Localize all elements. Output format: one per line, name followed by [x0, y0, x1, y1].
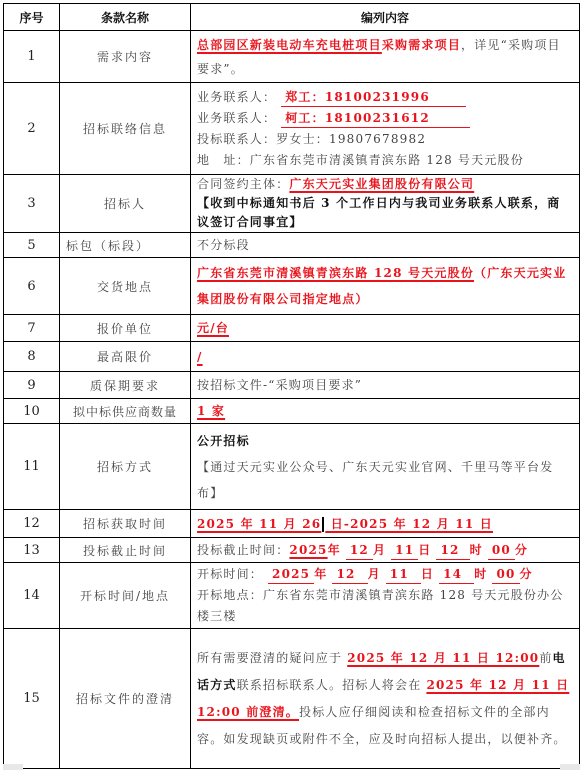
table-row: 7 报价单位 元/台 [4, 315, 580, 342]
table-row: 2 招标联络信息 业务联系人： 郑工：18100231996 业务联系人： 柯工… [4, 83, 580, 175]
row-content: 2025 年 11 月 26 日-2025 年 12 月 11 日 [191, 510, 580, 538]
table-row: 13 投标截止时间 投标截止时间：2025年 12月 11日 12时 00分 [4, 538, 580, 563]
row-no: 11 [4, 424, 60, 510]
clarify-text-1: 所有需要澄清的疑问应于 [197, 651, 347, 665]
opening-month-unit: 月 [368, 567, 381, 581]
row-no: 8 [4, 342, 60, 372]
row-no: 2 [4, 83, 60, 175]
table-row: 14 开标时间/地点 开标时间： 2025年 12月 11日 14时 00分 开… [4, 563, 580, 629]
deadline-hour-unit: 时 [470, 543, 483, 557]
table-row: 12 招标获取时间 2025 年 11 月 26 日-2025 年 12 月 1… [4, 510, 580, 538]
row-content: 投标截止时间：2025年 12月 11日 12时 00分 [191, 538, 580, 563]
table-row: 1 需求内容 总部园区新装电动车充电桩项目采购需求项目，详见“采购项目要求”。 [4, 31, 580, 83]
deadline-year: 2025 [289, 543, 327, 557]
opening-day-unit: 日 [421, 567, 434, 581]
row-content: 开标时间： 2025年 12月 11日 14时 00分 开标地点：广东省东莞市清… [191, 563, 580, 629]
table-row: 10 拟中标供应商数量 1 家 [4, 399, 580, 424]
row-name: 质保期要求 [60, 372, 191, 399]
row-content: 总部园区新装电动车充电桩项目采购需求项目，详见“采购项目要求”。 [191, 31, 580, 83]
acquire-time-start: 2025 年 11 月 26 [197, 517, 321, 531]
row-name: 招标方式 [60, 424, 191, 510]
opening-label: 开标时间： [197, 567, 263, 581]
row-no: 14 [4, 563, 60, 629]
row-content: 合同签约主体：广东天元实业集团股份有限公司 【收到中标通知书后 3 个工作日内与… [191, 175, 580, 233]
row-content: 元/台 [191, 315, 580, 342]
row-no: 1 [4, 31, 60, 83]
deadline-minute: 00 [488, 541, 515, 560]
opening-year-unit: 年 [314, 567, 327, 581]
row-content: 1 家 [191, 399, 580, 424]
scroll-handle-right[interactable] [560, 764, 580, 770]
header-content: 编列内容 [191, 4, 580, 31]
table-header-row: 序号 条款名称 编列内容 [4, 4, 580, 31]
row-name: 标包（标段） [60, 233, 191, 258]
row-name: 招标人 [60, 175, 191, 233]
sign-entity: 广东天元实业集团股份有限公司 [289, 177, 474, 191]
clarify-text-3: 联系招标联系人。招标人将会在 [237, 678, 427, 692]
bid-contact: 投标联系人：罗女士：19807678982 [197, 129, 573, 150]
row-no: 9 [4, 372, 60, 399]
row-name: 需求内容 [60, 31, 191, 83]
max-price: / [197, 350, 203, 364]
contact1-value: 郑工：18100231996 [281, 88, 466, 107]
table-row: 6 交货地点 广东省东莞市清溪镇青滨东路 128 号天元股份（广东天元实业集团股… [4, 258, 580, 315]
sign-label: 合同签约主体： [197, 177, 289, 191]
contact2-label: 业务联系人： [197, 111, 276, 125]
row-no: 12 [4, 510, 60, 538]
deadline-hour: 12 [436, 541, 469, 560]
row-content: 不分标段 [191, 233, 580, 258]
contact2-value: 柯工：18100231612 [281, 109, 470, 128]
row-name: 招标文件的澄清 [60, 629, 191, 769]
opening-year: 2025 [268, 565, 314, 584]
scroll-handle-left[interactable] [3, 764, 23, 770]
row-no: 3 [4, 175, 60, 233]
text-cursor [322, 517, 324, 532]
deadline-month-unit: 月 [373, 543, 386, 557]
row-name: 交货地点 [60, 258, 191, 315]
acquire-time-end: 日-2025 年 12 月 11 日 [325, 517, 493, 531]
row-name: 招标联络信息 [60, 83, 191, 175]
row-no: 6 [4, 258, 60, 315]
opening-month: 12 [332, 565, 367, 584]
project-type: 采购需求项目 [382, 38, 461, 52]
row-name: 报价单位 [60, 315, 191, 342]
opening-hour-unit: 时 [474, 567, 487, 581]
table-row: 15 招标文件的澄清 所有需要澄清的疑问应于 2025 年 12 月 11 日 … [4, 629, 580, 769]
header-name: 条款名称 [60, 4, 191, 31]
opening-place: 开标地点：广东省东莞市清溪镇青滨东路 128 号天元股份办公楼三楼 [197, 585, 573, 627]
bid-info-table: 序号 条款名称 编列内容 1 需求内容 总部园区新装电动车充电桩项目采购需求项目… [3, 3, 580, 769]
opening-hour: 14 [439, 565, 474, 584]
deadline-day-unit: 日 [418, 543, 431, 557]
deadline-minute-unit: 分 [515, 543, 528, 557]
address: 地 址：广东省东莞市清溪镇青滨东路 128 号天元股份 [197, 150, 573, 171]
table-row: 11 招标方式 公开招标 【通过天元实业公众号、广东天元实业官网、千里马等平台发… [4, 424, 580, 510]
project-name: 总部园区新装电动车充电桩项目 [197, 38, 382, 52]
row-name: 投标截止时间 [60, 538, 191, 563]
opening-day: 11 [386, 565, 421, 584]
row-content: 广东省东莞市清溪镇青滨东路 128 号天元股份（广东天元实业集团股份有限公司指定… [191, 258, 580, 315]
row-content: 所有需要澄清的疑问应于 2025 年 12 月 11 日 12:00前电话方式联… [191, 629, 580, 769]
clarify-question-deadline: 2025 年 12 月 11 日 12:00 [347, 651, 539, 665]
deadline-year-unit: 年 [328, 543, 341, 557]
row-content: 按招标文件-“采购项目要求” [191, 372, 580, 399]
row-name: 拟中标供应商数量 [60, 399, 191, 424]
table-row: 5 标包（标段） 不分标段 [4, 233, 580, 258]
row-name: 招标获取时间 [60, 510, 191, 538]
row-no: 10 [4, 399, 60, 424]
row-no: 13 [4, 538, 60, 563]
bid-method: 公开招标 [197, 428, 573, 454]
delivery-address: 广东省东莞市清溪镇青滨东路 128 号天元股份 [197, 266, 474, 280]
row-no: 5 [4, 233, 60, 258]
row-name: 开标时间/地点 [60, 563, 191, 629]
sign-note: 【收到中标通知书后 3 个工作日内与我司业务联系人联系，商议签订合同事宜】 [197, 194, 573, 232]
opening-minute-unit: 分 [520, 567, 533, 581]
deadline-month: 12 [346, 541, 373, 560]
contact1-label: 业务联系人： [197, 90, 276, 104]
row-no: 7 [4, 315, 60, 342]
row-no: 15 [4, 629, 60, 769]
deadline-day: 11 [391, 541, 418, 560]
row-name: 最高限价 [60, 342, 191, 372]
table-row: 3 招标人 合同签约主体：广东天元实业集团股份有限公司 【收到中标通知书后 3 … [4, 175, 580, 233]
row-content: 业务联系人： 郑工：18100231996 业务联系人： 柯工：18100231… [191, 83, 580, 175]
price-unit: 元/台 [197, 321, 229, 335]
table-row: 8 最高限价 / [4, 342, 580, 372]
clarify-text-2: 前 [539, 651, 552, 665]
header-no: 序号 [4, 4, 60, 31]
deadline-label: 投标截止时间： [197, 543, 289, 557]
bid-method-note: 【通过天元实业公众号、广东天元实业官网、千里马等平台发布】 [197, 454, 573, 506]
table-row: 9 质保期要求 按招标文件-“采购项目要求” [4, 372, 580, 399]
row-content: / [191, 342, 580, 372]
opening-minute: 00 [492, 565, 519, 584]
supplier-count: 1 家 [197, 404, 225, 418]
row-content: 公开招标 【通过天元实业公众号、广东天元实业官网、千里马等平台发布】 [191, 424, 580, 510]
